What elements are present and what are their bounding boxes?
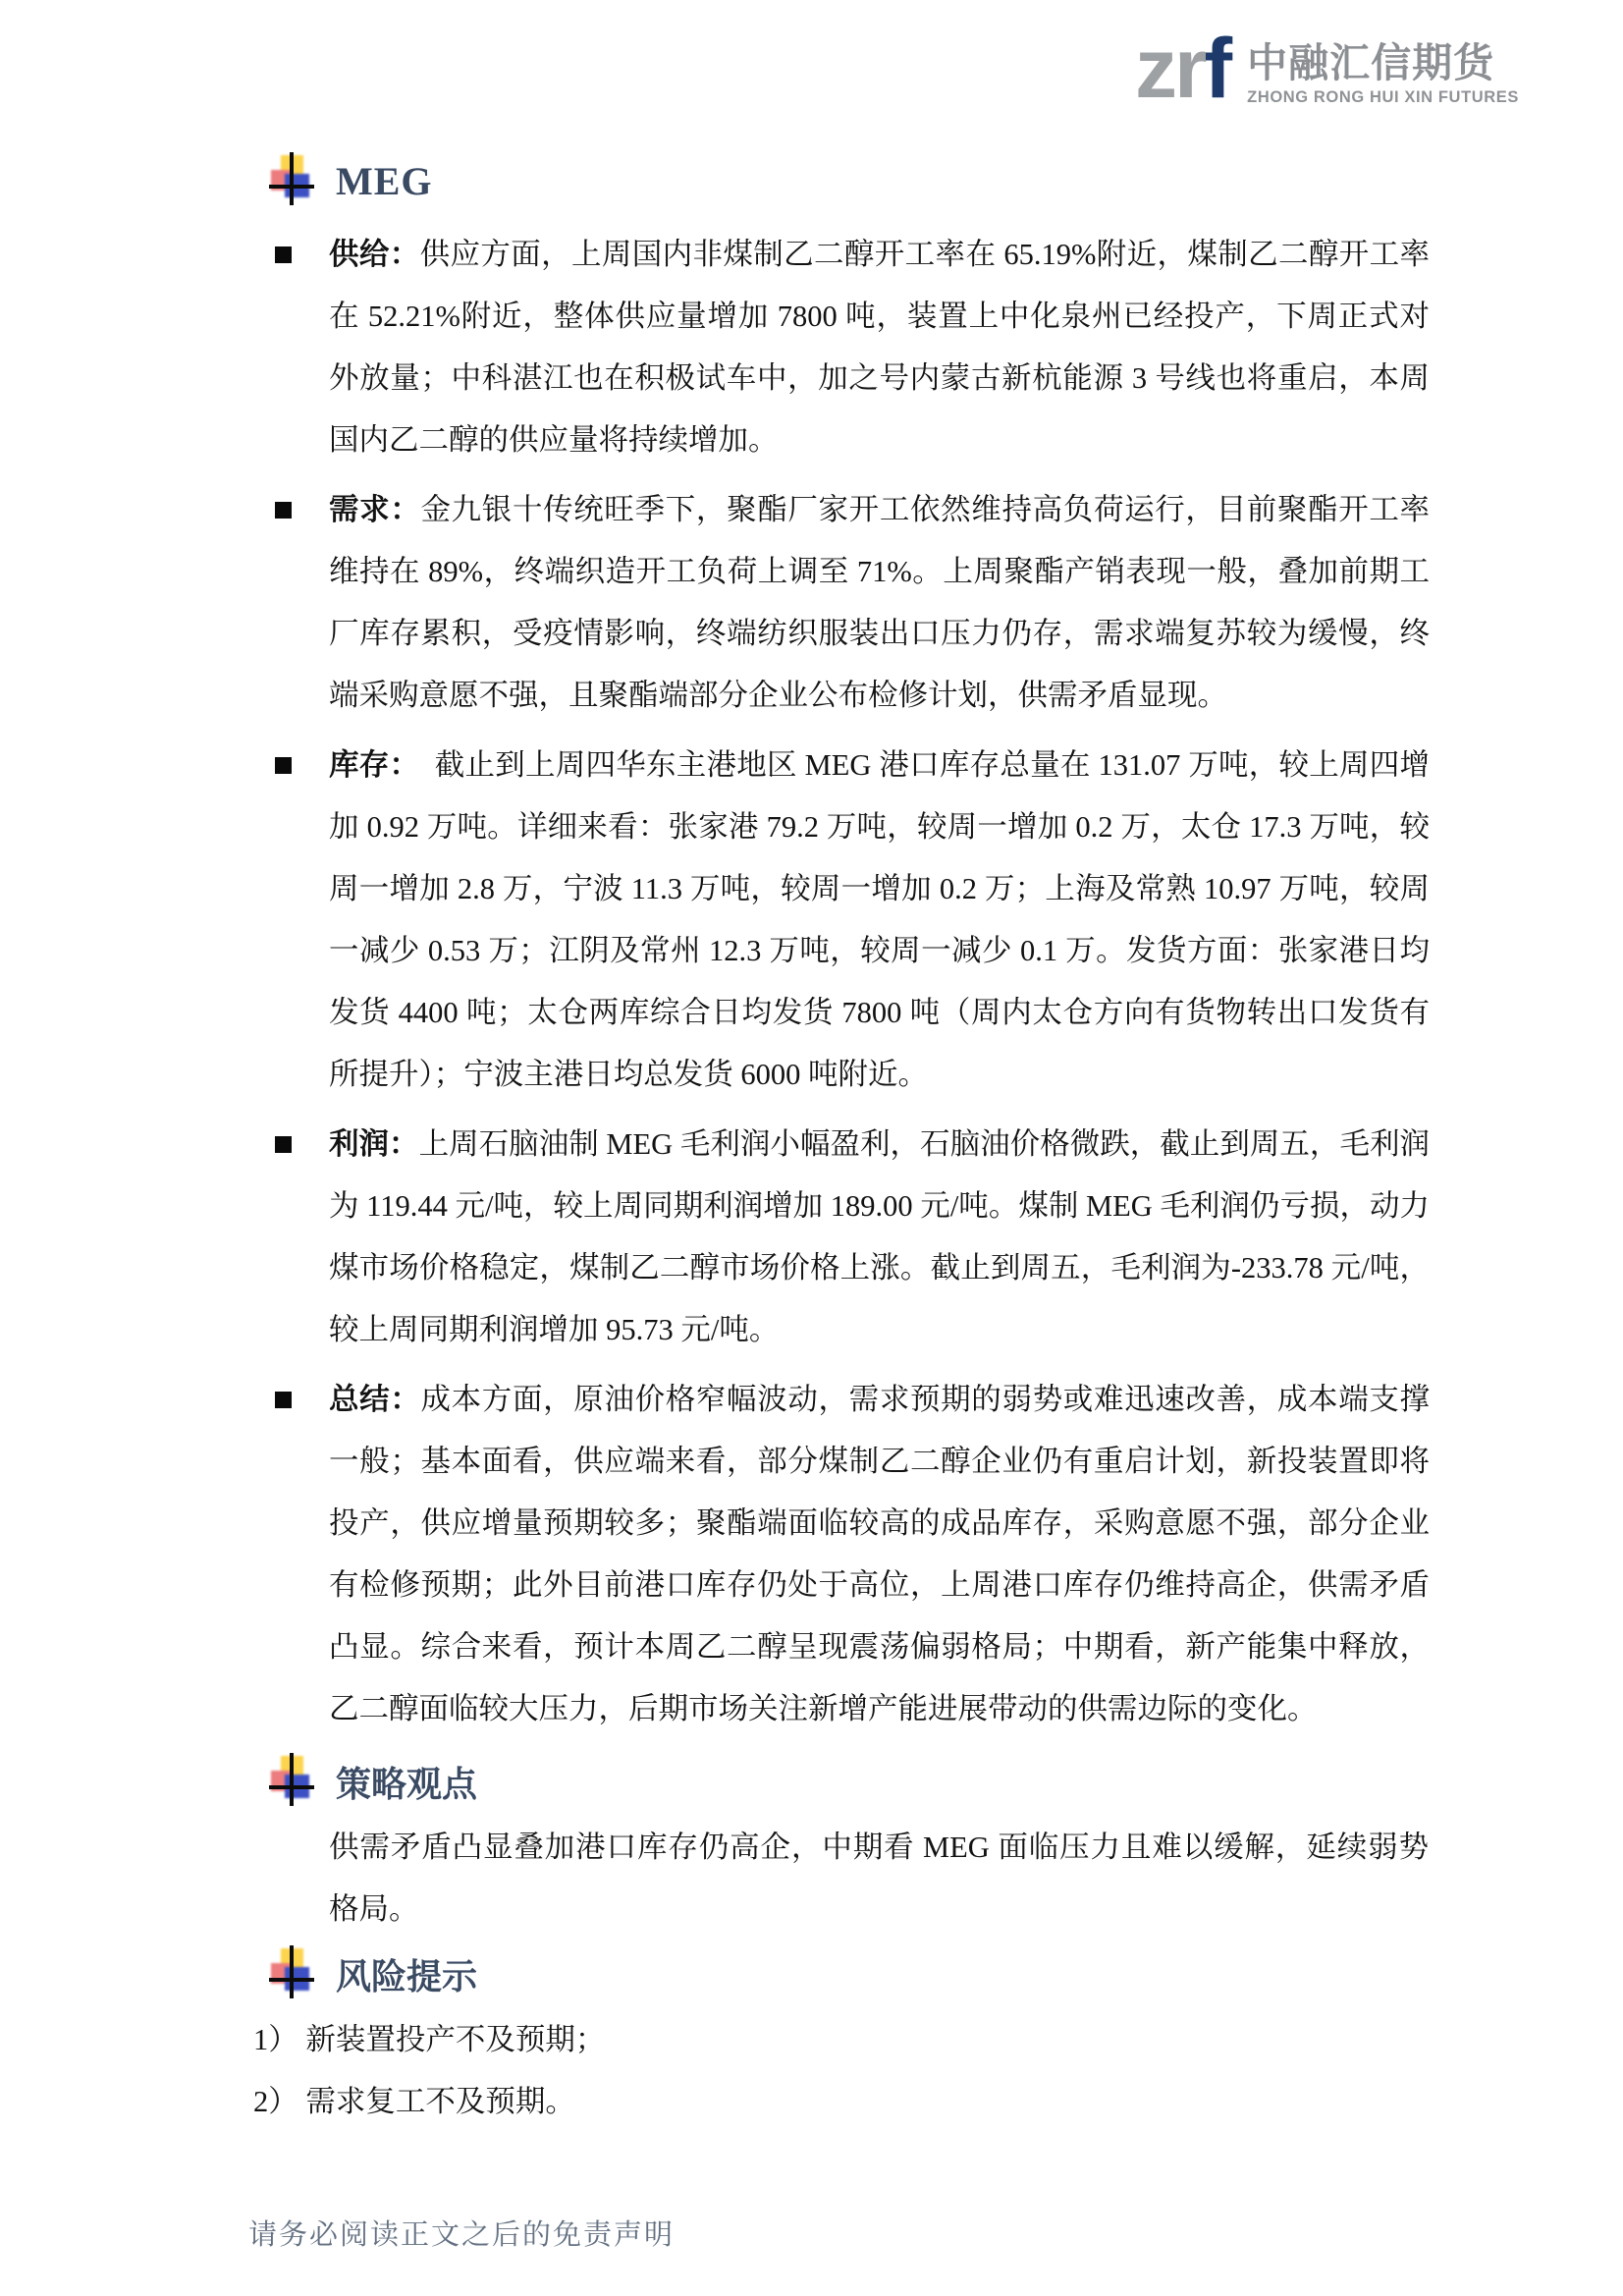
strategy-paragraph: 供需矛盾凸显叠加港口库存仍高企，中期看 MEG 面临压力且难以缓解，延续弱势格局… — [329, 1817, 1429, 1941]
section-title-risk: 风险提示 — [336, 1949, 477, 1999]
anchor-bullet-icon — [271, 1756, 314, 1807]
company-name-en: ZHONG RONG HUI XIN FUTURES — [1247, 88, 1519, 107]
bullet-profit: 利润：上周石脑油制 MEG 毛利润小幅盈利，石脑油价格微跌，截止到周五，毛利润为… — [275, 1114, 1430, 1361]
section-heading-meg: MEG — [275, 153, 1430, 208]
bullet-inventory-label: 库存： — [329, 748, 405, 782]
logo-letters-zr: zr — [1135, 22, 1204, 116]
report-page: zrf 中融汇信期货 ZHONG RONG HUI XIN FUTURES ME… — [0, 0, 1623, 2296]
bullet-supply-text: 供应方面，上周国内非煤制乙二醇开工率在 65.19%附近，煤制乙二醇开工率在 5… — [329, 238, 1430, 457]
square-bullet-icon — [275, 502, 292, 519]
bullet-summary: 总结：成本方面，原油价格窄幅波动，需求预期的弱势或难迅速改善，成本端支撑一般；基… — [275, 1369, 1430, 1740]
bullet-demand-label: 需求： — [329, 493, 420, 526]
bullet-demand: 需求：金九银十传统旺季下，聚酯厂家开工依然维持高负荷运行，目前聚酯开工率维持在 … — [275, 479, 1430, 727]
bullet-inventory-paragraph: 库存： 截止到上周四华东主港地区 MEG 港口库存总量在 131.07 万吨，较… — [329, 735, 1430, 1106]
section-title-meg: MEG — [336, 158, 433, 204]
bullet-supply: 供给：供应方面，上周国内非煤制乙二醇开工率在 65.19%附近，煤制乙二醇开工率… — [275, 224, 1430, 471]
bullet-inventory: 库存： 截止到上周四华东主港地区 MEG 港口库存总量在 131.07 万吨，较… — [275, 735, 1430, 1106]
bullet-supply-paragraph: 供给：供应方面，上周国内非煤制乙二醇开工率在 65.19%附近，煤制乙二醇开工率… — [329, 224, 1430, 471]
bullet-summary-text: 成本方面，原油价格窄幅波动，需求预期的弱势或难迅速改善，成本端支撑一般；基本面看… — [329, 1383, 1430, 1725]
risk-item-2: 2） 需求复工不及预期。 — [253, 2071, 1430, 2133]
anchor-bullet-icon — [271, 155, 314, 206]
square-bullet-icon — [275, 246, 292, 263]
company-name-cn: 中融汇信期货 — [1247, 42, 1519, 84]
logo-zrf-mark: zrf — [1135, 29, 1229, 110]
bullet-profit-label: 利润： — [329, 1127, 419, 1161]
square-bullet-icon — [275, 1392, 292, 1408]
bullet-inventory-text: 截止到上周四华东主港地区 MEG 港口库存总量在 131.07 万吨，较上周四增… — [329, 748, 1430, 1091]
bullet-demand-paragraph: 需求：金九银十传统旺季下，聚酯厂家开工依然维持高负荷运行，目前聚酯开工率维持在 … — [329, 479, 1430, 727]
section-title-strategy: 策略观点 — [336, 1757, 477, 1807]
square-bullet-icon — [275, 757, 292, 774]
square-bullet-icon — [275, 1136, 292, 1153]
bullet-summary-label: 总结： — [329, 1383, 420, 1416]
risk-item-1: 1） 新装置投产不及预期； — [253, 2009, 1430, 2071]
report-content: MEG 供给：供应方面，上周国内非煤制乙二醇开工率在 65.19%附近，煤制乙二… — [275, 153, 1430, 2133]
footer-disclaimer: 请务必阅读正文之后的免责声明 — [248, 2213, 675, 2253]
section-heading-risk: 风险提示 — [275, 1946, 1430, 2001]
section-heading-strategy: 策略观点 — [275, 1754, 1430, 1809]
bullet-profit-paragraph: 利润：上周石脑油制 MEG 毛利润小幅盈利，石脑油价格微跌，截止到周五，毛利润为… — [329, 1114, 1430, 1361]
logo-text: 中融汇信期货 ZHONG RONG HUI XIN FUTURES — [1247, 42, 1519, 110]
logo-letter-f: f — [1205, 22, 1230, 116]
bullet-summary-paragraph: 总结：成本方面，原油价格窄幅波动，需求预期的弱势或难迅速改善，成本端支撑一般；基… — [329, 1369, 1430, 1740]
bullet-demand-text: 金九银十传统旺季下，聚酯厂家开工依然维持高负荷运行，目前聚酯开工率维持在 89%… — [329, 493, 1430, 712]
bullet-profit-text: 上周石脑油制 MEG 毛利润小幅盈利，石脑油价格微跌，截止到周五，毛利润为 11… — [329, 1127, 1430, 1346]
anchor-bullet-icon — [271, 1948, 314, 1999]
bullet-supply-label: 供给： — [329, 238, 420, 271]
company-logo: zrf 中融汇信期货 ZHONG RONG HUI XIN FUTURES — [1135, 29, 1519, 110]
risk-list: 1） 新装置投产不及预期； 2） 需求复工不及预期。 — [253, 2009, 1430, 2133]
